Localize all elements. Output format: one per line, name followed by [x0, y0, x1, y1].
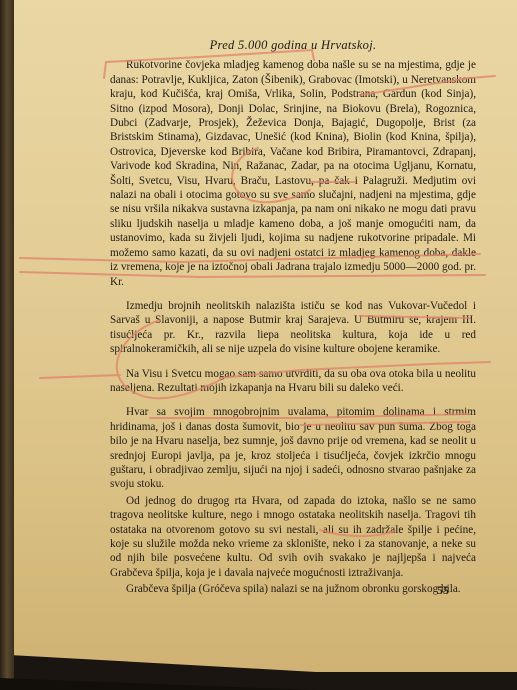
page-text-block: Pred 5.000 godina u Hrvatskoj. Rukotvori… — [110, 38, 476, 601]
paragraph-hvar-caves: Od jednog do drugog rta Hvara, od zapada… — [110, 494, 476, 580]
paragraph-vis-svetac: Na Visu i Svetcu mogao sam samo utvrditi… — [110, 367, 476, 396]
page-number: 55 — [437, 583, 449, 598]
running-title: Pred 5.000 godina u Hrvatskoj. — [110, 38, 476, 52]
paragraph-grabceva-spilja: Grabčeva špilja (Gróčeva spila) nalazi s… — [110, 582, 476, 596]
paragraph-neolithic-sites: Rukotvorine čovjeka mladjeg kamenog doba… — [110, 58, 476, 289]
book-spine-edge — [0, 0, 14, 690]
paragraph-hvar: Hvar sa svojim mnogobrojnim uvalama, pit… — [110, 405, 476, 491]
paragraph-butmir: Izmedju brojnih neolitskih nalazišta ist… — [110, 299, 476, 357]
